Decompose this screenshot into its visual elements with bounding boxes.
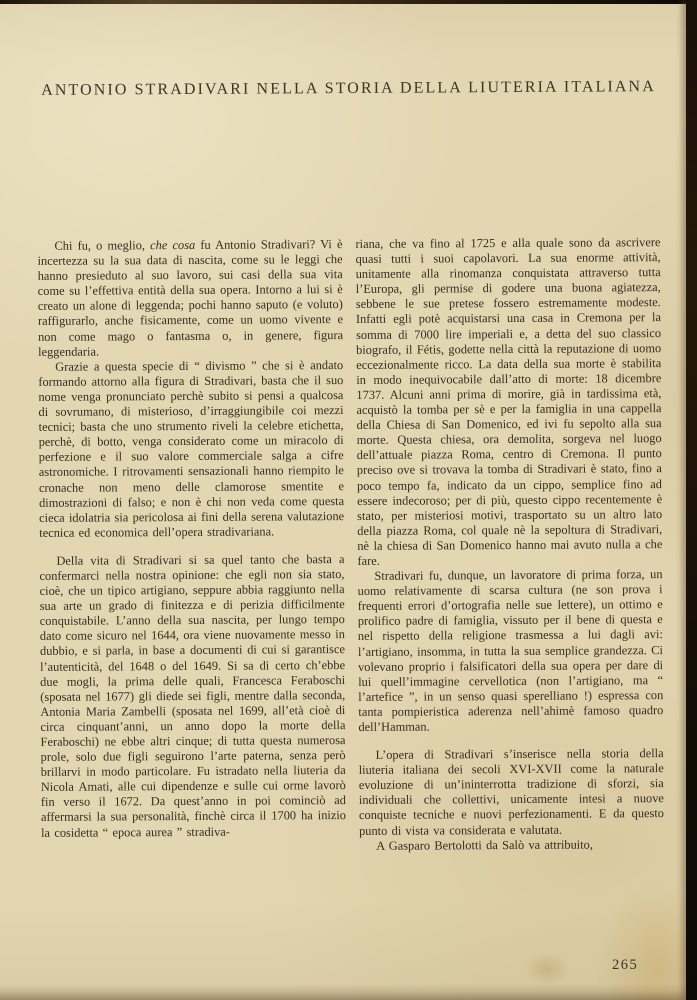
- paragraph: A Gasparo Bertolotti da Salò va attribui…: [359, 837, 664, 854]
- paragraph: Grazie a questa specie di “ divismo ” ch…: [38, 358, 344, 541]
- paragraph: L’opera di Stradivari s’inserisce nella …: [359, 746, 665, 838]
- paper-stain: [524, 952, 570, 986]
- paragraph: riana, che va fino al 1725 e alla quale …: [355, 235, 662, 569]
- italic-phrase: che cosa: [150, 238, 195, 252]
- scan-edge-top: [0, 0, 697, 4]
- scanned-book-page: ANTONIO STRADIVARI NELLA STORIA DELLA LI…: [0, 0, 697, 1000]
- scan-edge-bottom: [0, 984, 686, 1000]
- paragraph-text: Chi fu, o meglio,: [54, 238, 150, 253]
- right-column: riana, che va fino al 1725 e alla quale …: [355, 235, 664, 854]
- paragraph-text: fu Antonio Stradivari? Vi è incertezza s…: [38, 237, 344, 359]
- scan-edge-right: [686, 0, 697, 1000]
- text-columns: Chi fu, o meglio, che cosa fu Antonio St…: [37, 235, 665, 856]
- page-number: 265: [612, 957, 638, 974]
- page-title: ANTONIO STRADIVARI NELLA STORIA DELLA LI…: [36, 0, 661, 100]
- left-column: Chi fu, o meglio, che cosa fu Antonio St…: [37, 237, 346, 856]
- paragraph: Stradivari fu, dunque, un lavoratore di …: [357, 567, 663, 735]
- paper-stain: [595, 880, 691, 1000]
- page-content: ANTONIO STRADIVARI NELLA STORIA DELLA LI…: [36, 0, 665, 856]
- paragraph: Chi fu, o meglio, che cosa fu Antonio St…: [37, 237, 343, 360]
- paragraph: Della vita di Stradivari si sa quel tant…: [39, 552, 346, 841]
